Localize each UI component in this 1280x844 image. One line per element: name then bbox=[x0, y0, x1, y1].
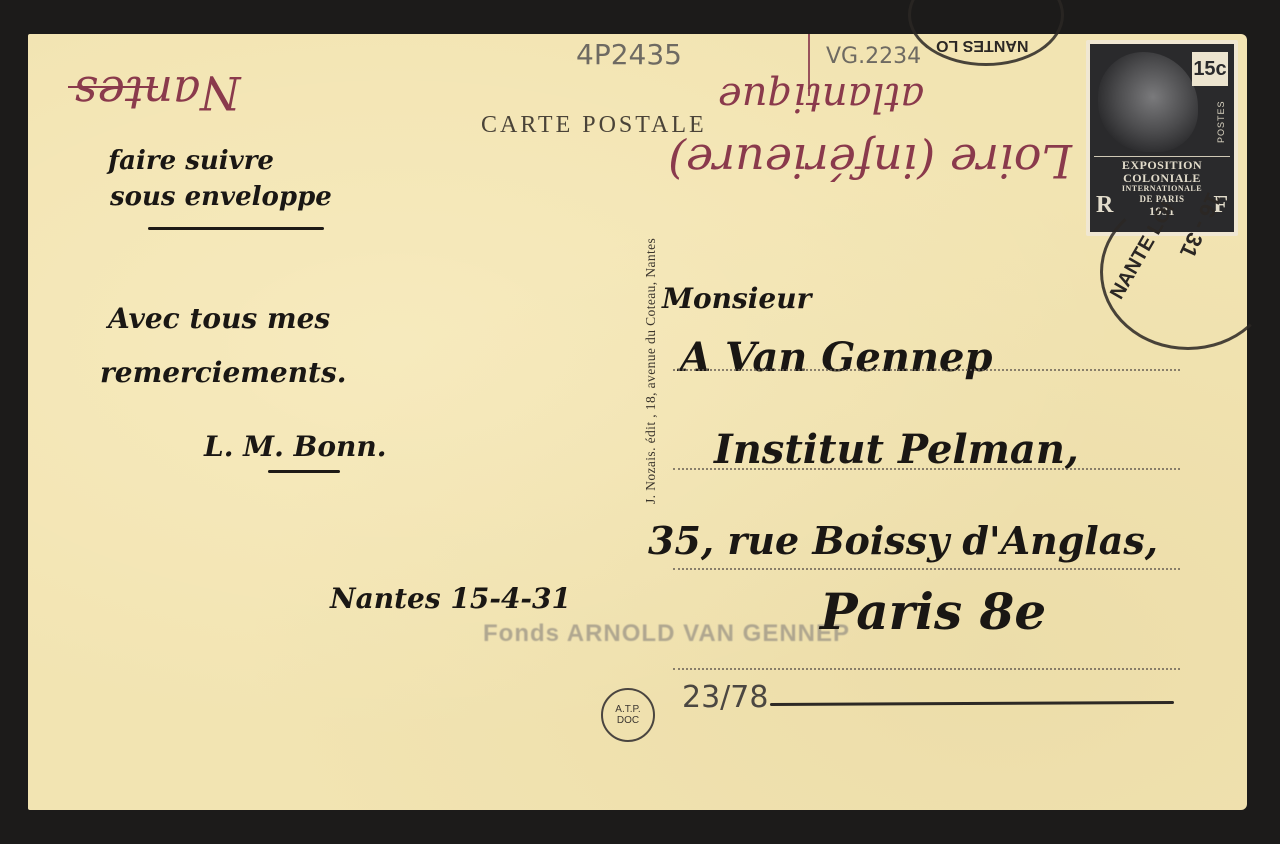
address-city: Paris 8e bbox=[820, 582, 1046, 641]
message-underline bbox=[148, 227, 324, 230]
inventory-number: 23/78 bbox=[682, 680, 768, 715]
message-line4: remerciements. bbox=[100, 356, 347, 389]
stamp-line1: EXPOSITION bbox=[1094, 159, 1230, 171]
address-salutation: Monsieur bbox=[662, 282, 811, 315]
red-strike-line bbox=[68, 86, 158, 88]
red-annotation-department-line1: atlantique bbox=[718, 74, 924, 120]
address-dotted-line-3 bbox=[673, 568, 1180, 570]
stamp-portrait-icon bbox=[1098, 52, 1198, 152]
publisher-imprint: J. Nozais. édit , 18, avenue du Coteau, … bbox=[643, 238, 659, 504]
stamp-postes-label: POSTES bbox=[1216, 92, 1230, 152]
message-line1: faire suivre bbox=[108, 146, 274, 176]
address-name: A Van Gennep bbox=[680, 334, 992, 381]
red-annotation-city: Nantes bbox=[74, 66, 241, 120]
pencil-reference-right: VG.2234 bbox=[826, 44, 921, 69]
address-dotted-line-1 bbox=[673, 369, 1180, 371]
inventory-underline bbox=[770, 701, 1174, 706]
postcard: 4P2435 VG.2234 CARTE POSTALE Nantes atla… bbox=[28, 34, 1247, 810]
stamp-line2: COLONIALE bbox=[1094, 172, 1230, 184]
postmark-top bbox=[908, 0, 1064, 66]
place-date: Nantes 15-4-31 bbox=[330, 582, 571, 615]
address-institution: Institut Pelman, bbox=[714, 426, 1079, 473]
postmark-top-text: NANTES LO bbox=[936, 36, 1028, 54]
address-street: 35, rue Boissy d'Anglas, bbox=[648, 518, 1158, 563]
stamp-rf-left: R bbox=[1096, 192, 1113, 219]
address-dotted-line-4 bbox=[673, 668, 1180, 670]
pencil-reference-left: 4P2435 bbox=[576, 38, 682, 71]
message-line2: sous enveloppe bbox=[110, 182, 332, 212]
fonds-stamp: Fonds ARNOLD VAN GENNEP bbox=[483, 620, 850, 648]
message-line3: Avec tous mes bbox=[108, 302, 330, 335]
address-dotted-line-2 bbox=[673, 468, 1180, 470]
signature-underline bbox=[268, 470, 340, 473]
signature: L. M. Bonn. bbox=[204, 430, 386, 463]
red-annotation-department-line2: Loire (inférieure) bbox=[668, 134, 1072, 188]
atp-doc-stamp: A.T.P. DOC bbox=[601, 688, 655, 742]
stamp-value: 15c bbox=[1192, 52, 1228, 86]
